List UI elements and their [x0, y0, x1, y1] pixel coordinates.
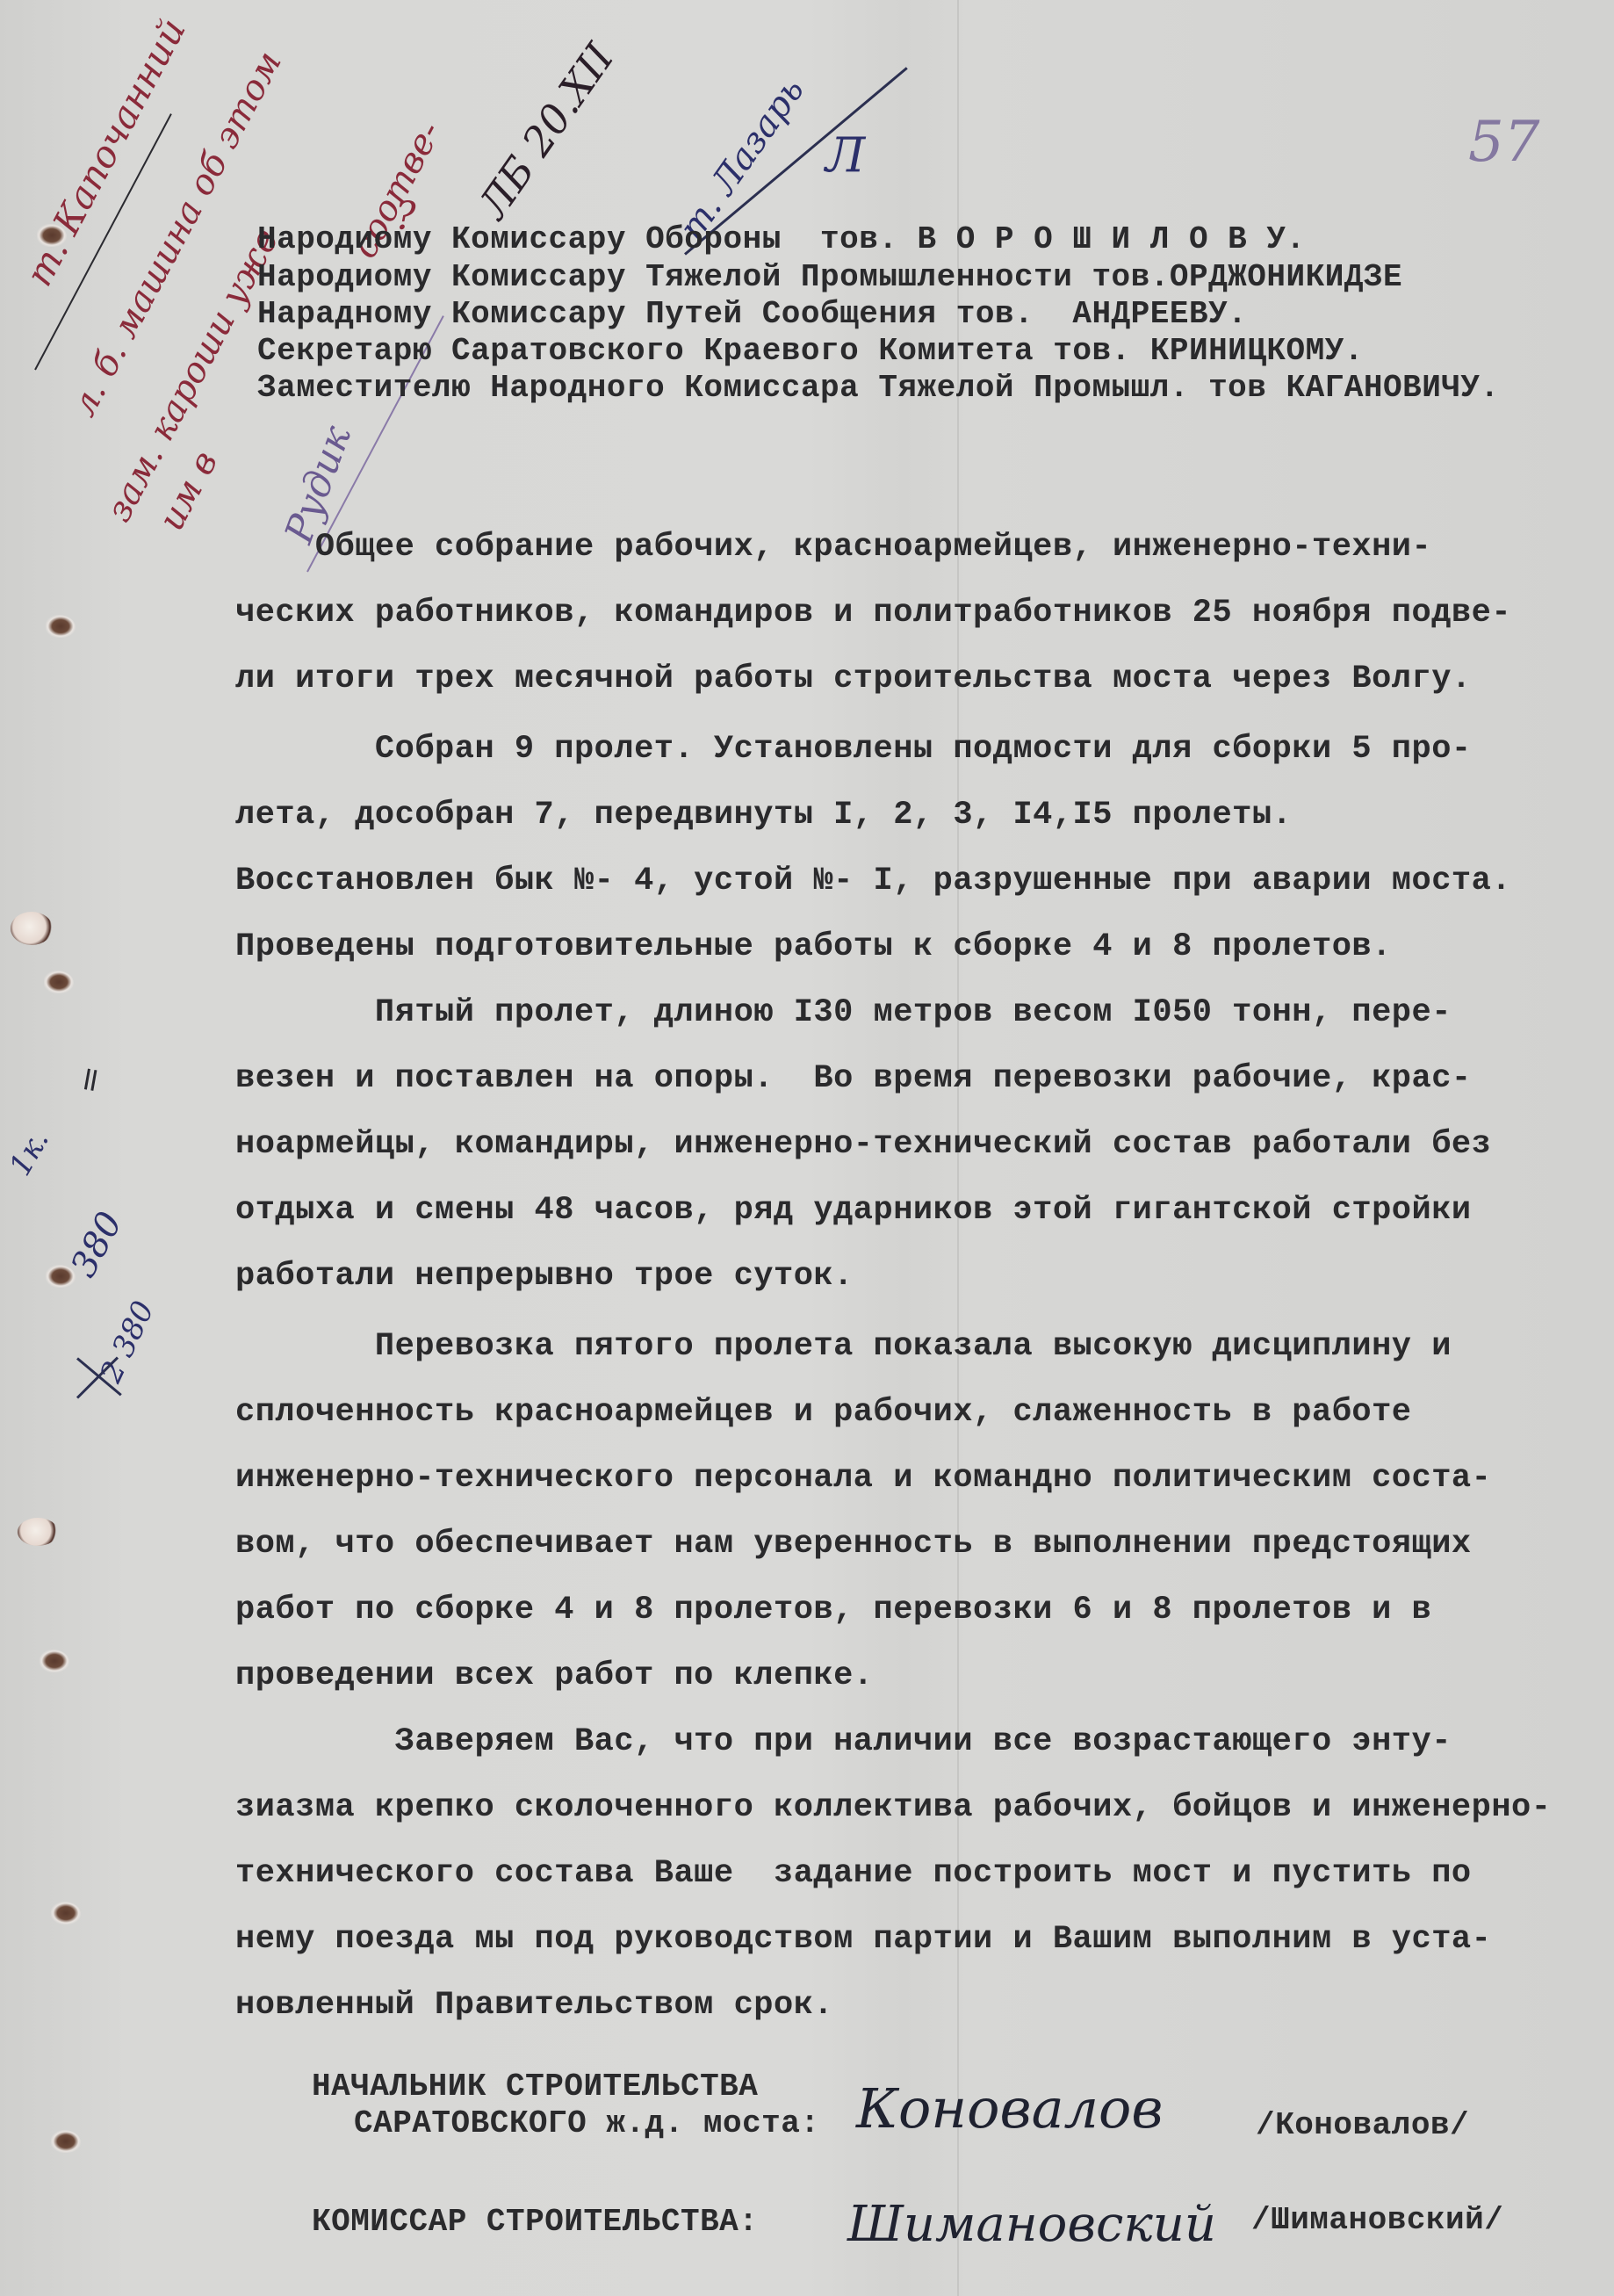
body-line: ли итоги трех месячной работы строительс…: [235, 663, 1472, 696]
annotation-black-note: ЛБ 20.XII: [472, 37, 620, 225]
body-line: Перевозка пятого пролета показала высоку…: [235, 1331, 1452, 1363]
commissar-signature: Шимановский: [847, 2200, 1216, 2249]
annotation-margin-1: 1к.: [5, 1125, 54, 1180]
punch-hole: [51, 1902, 81, 1924]
body-line: Заверяем Вас, что при наличии все возрас…: [235, 1726, 1452, 1758]
body-line: ческих работников, командиров и политраб…: [235, 597, 1511, 630]
annotation-margin-4: 2 380: [96, 1296, 159, 1387]
body-line: Собран 9 пролет. Установлены подмости дл…: [235, 733, 1472, 766]
punch-hole: [18, 1518, 58, 1546]
addressee-line: Секретарю Саратовского Краевого Комитета…: [257, 336, 1364, 367]
addressee-line: Народиому Комиссару Обороны тов. В О Р О…: [257, 224, 1306, 256]
annotation-blue-initial: Л: [825, 132, 865, 179]
punch-hole: [11, 912, 53, 945]
body-line: ноармейцы, командиры, инженерно-техничес…: [235, 1129, 1491, 1161]
annotation-margin-3: 380: [66, 1207, 128, 1282]
body-line: новленный Правительством срок.: [235, 1989, 833, 2022]
body-line: отдыха и смены 48 часов, ряд ударников э…: [235, 1195, 1472, 1227]
addressee-line: Народиому Комиссару Тяжелой Промышленнос…: [257, 262, 1402, 293]
body-line: везен и поставлен на опоры. Во время пер…: [235, 1063, 1472, 1095]
body-line: Пятый пролет, длиною I30 метров весом I0…: [235, 997, 1452, 1029]
document-page: 57 т. Капочанний л. б. машина об этом за…: [0, 0, 1614, 2296]
chief-name: /Коновалов/: [1256, 2110, 1469, 2141]
punch-hole: [44, 971, 74, 993]
punch-hole: [51, 2130, 81, 2153]
chief-title-line2: САРАТОВСКОГО ж.д. моста:: [354, 2108, 819, 2140]
addressee-line: Нарадному Комиссару Путей Сообщения тов.…: [257, 299, 1247, 330]
body-line: технического состава Ваше задание постро…: [235, 1858, 1472, 1890]
body-line: Проведены подготовительные работы к сбор…: [235, 931, 1392, 964]
page-number: 57: [1468, 114, 1539, 170]
annotation-margin-2: =: [71, 1063, 109, 1096]
body-line: лета, дособран 7, передвинуты I, 2, 3, I…: [235, 799, 1292, 832]
addressee-line: Заместителю Народного Комиссара Тяжелой …: [257, 372, 1500, 404]
commissar-name: /Шимановский/: [1251, 2205, 1503, 2236]
annotation-blue-note: т. Лазарь: [674, 72, 810, 246]
body-line: зиазма крепко сколоченного коллектива ра…: [235, 1792, 1551, 1824]
body-line: вом, что обеспечивает нам уверенность в …: [235, 1528, 1472, 1561]
body-line: работ по сборке 4 и 8 пролетов, перевозк…: [235, 1594, 1431, 1627]
body-line: нему поезда мы под руководством партии и…: [235, 1924, 1491, 1956]
body-line: Восстановлен бык №- 4, устой №- I, разру…: [235, 865, 1511, 898]
punch-hole: [46, 615, 76, 638]
body-line: сплоченность красноармейцев и рабочих, с…: [235, 1397, 1412, 1429]
chief-signature: Коновалов: [856, 2082, 1163, 2136]
chief-title-line1: НАЧАЛЬНИК СТРОИТЕЛЬСТВА: [312, 2071, 758, 2103]
body-line: проведении всех работ по клепке.: [235, 1660, 874, 1693]
body-line: инженерно-технического персонала и коман…: [235, 1462, 1491, 1495]
body-line: работали непрерывно трое суток.: [235, 1260, 854, 1293]
punch-hole: [40, 1650, 69, 1672]
body-line: Общее собрание рабочих, красноармейцев, …: [235, 531, 1431, 564]
commissar-title: КОМИССАР СТРОИТЕЛЬСТВА:: [312, 2206, 758, 2238]
